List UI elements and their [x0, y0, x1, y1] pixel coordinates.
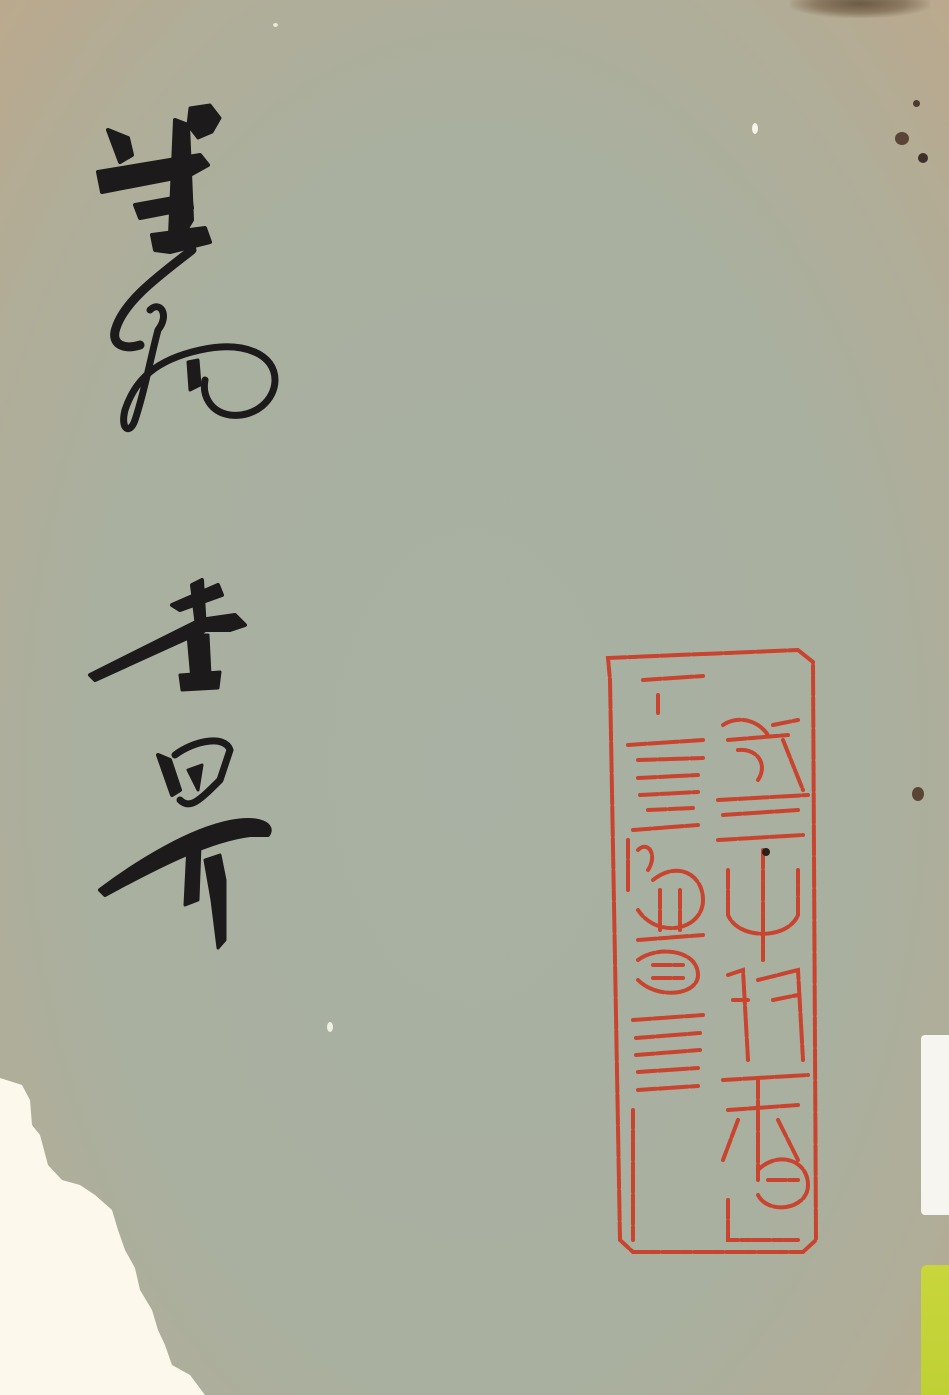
book-cover: 生物世界 红色篆书印章	[0, 0, 949, 1395]
red-seal-stamp	[598, 640, 820, 1260]
calligraphy-title	[80, 100, 310, 950]
library-tab	[921, 1265, 949, 1395]
library-label	[921, 1035, 949, 1215]
